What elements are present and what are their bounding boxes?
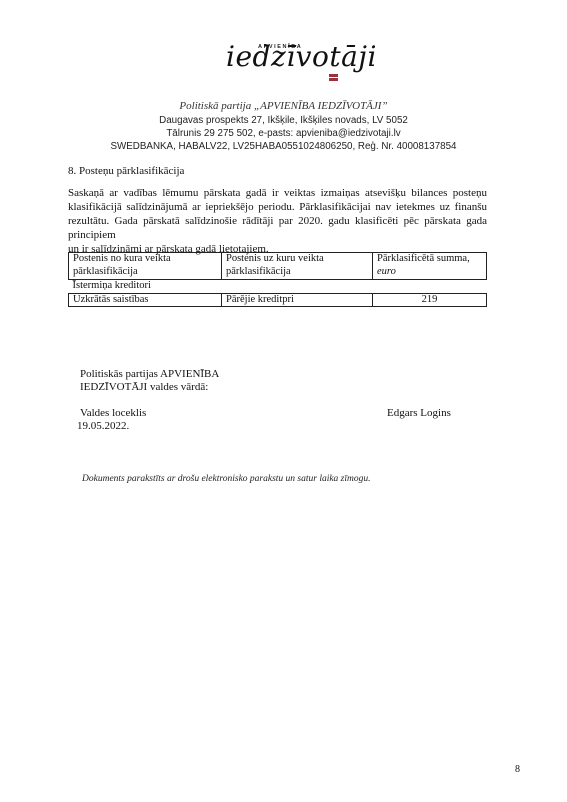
signature-date: 19.05.2022.: [77, 420, 129, 432]
flag-stripe-top: [329, 74, 338, 77]
table-row: Uzkrātās saistības Pārējie kreditpri 219: [69, 293, 487, 307]
on-behalf-line: Politiskās partijas APVIENĪBA: [80, 368, 219, 381]
header-amount-label: Pārklasificētā summa,: [377, 253, 470, 264]
cell-from: Uzkrātās saistības: [69, 293, 222, 307]
reclassification-table: Postenis no kura veikta pārklasifikācija…: [68, 252, 487, 307]
section-paragraph: Saskaņā ar vadības lēmumu pārskata gadā …: [68, 186, 487, 256]
signatory-name: Edgars Logins: [387, 407, 451, 419]
latvian-flag-icon: [329, 74, 338, 82]
signatory-role: Valdes loceklis: [80, 407, 146, 419]
letterhead-party-name: Politiskā partija „APVIENĪBA IEDZĪVOTĀJI…: [0, 100, 567, 112]
header-amount: Pārklasificētā summa, euro: [373, 253, 487, 280]
page-number: 8: [515, 764, 520, 775]
header-from: Postenis no kura veikta pārklasifikācija: [69, 253, 222, 280]
party-logo: APVIENĪBA iedzīvotāji: [0, 34, 567, 94]
header-amount-unit: euro: [377, 266, 396, 277]
signature-on-behalf: Politiskās partijas APVIENĪBA IEDZĪVOTĀJ…: [80, 368, 219, 394]
paragraph-line: rezultātu. Gada pārskatā salīdzinošie rā…: [68, 214, 487, 242]
group-label: Īstermiņa kreditori: [69, 280, 487, 294]
logo-script-text: iedzīvotāji: [226, 40, 377, 73]
cell-amount: 219: [373, 293, 487, 307]
header-to: Postenis uz kuru veikta pārklasifikācija: [222, 253, 373, 280]
table-header-row: Postenis no kura veikta pārklasifikācija…: [69, 253, 487, 280]
section-title: 8. Posteņu pārklasifikācija: [68, 165, 184, 177]
table-group-row: Īstermiņa kreditori: [69, 280, 487, 294]
on-behalf-line: IEDZĪVOTĀJI valdes vārdā:: [80, 381, 219, 394]
letterhead-bank: SWEDBANKA, HABALV22, LV25HABA05510248062…: [0, 141, 567, 152]
flag-stripe-bottom: [329, 78, 338, 81]
letterhead-contacts: Tālrunis 29 275 502, e-pasts: apvieniba@…: [0, 128, 567, 139]
cell-to: Pārējie kreditpri: [222, 293, 373, 307]
paragraph-line: klasifikācijā salīdzinājumā ar iepriekšē…: [68, 200, 487, 214]
letterhead-address: Daugavas prospekts 27, Ikšķile, Ikšķiles…: [0, 115, 567, 126]
paragraph-line: Saskaņā ar vadības lēmumu pārskata gadā …: [68, 186, 487, 200]
e-signature-note: Dokuments parakstīts ar drošu elektronis…: [82, 474, 371, 484]
